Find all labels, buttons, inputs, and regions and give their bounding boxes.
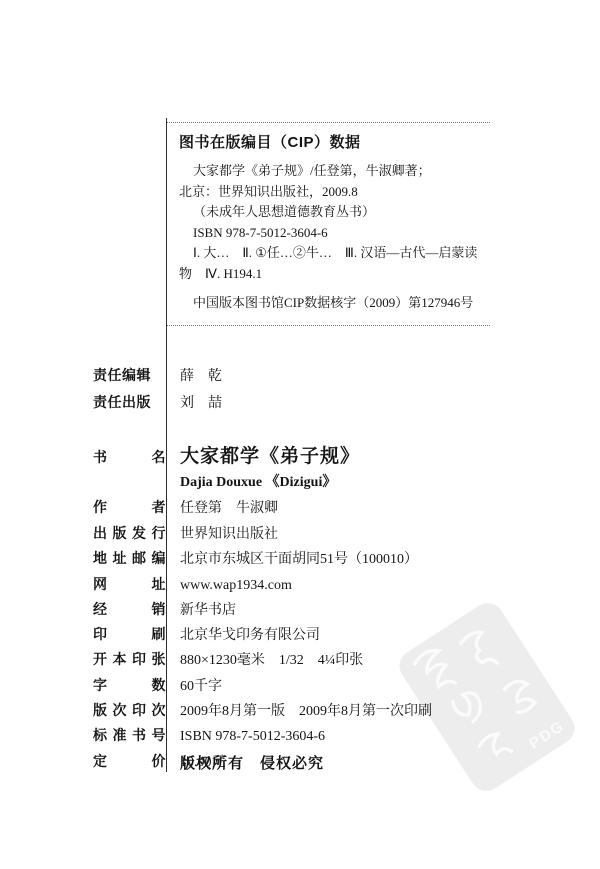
info-row-value: 北京市东城区干面胡同51号（100010） — [180, 547, 418, 572]
info-row-value: 2009年8月第一版 2009年8月第一次印刷 — [180, 699, 432, 724]
info-row-label: 字数 — [93, 673, 166, 698]
copyright-notice: 版权所有 侵权必究 — [180, 752, 324, 773]
staff-row: 责任编辑 薛 乾 — [93, 362, 222, 389]
info-row: 出版发行 世界知识出版社 — [93, 521, 432, 546]
info-row-label: 印刷 — [93, 622, 166, 647]
info-row: 地址邮编 北京市东城区干面胡同51号（100010） — [93, 546, 432, 571]
info-row-value: 新华书店 — [180, 598, 236, 623]
info-row-value: ISBN 978-7-5012-3604-6 — [180, 724, 325, 749]
info-row: 版次印次 2009年8月第一版 2009年8月第一次印刷 — [93, 698, 432, 723]
author-label: 作者 — [93, 495, 166, 519]
cip-lines: 大家都学《弟子规》/任登第，牛淑卿著； 北京：世界知识出版社，2009.8 （未… — [179, 161, 486, 314]
info-row: 标准书号 ISBN 978-7-5012-3604-6 — [93, 723, 432, 748]
book-title-row: 书名 大家都学《弟子规》 — [93, 444, 360, 470]
publication-info-section: 出版发行 世界知识出版社 地址邮编 北京市东城区干面胡同51号（100010） … — [93, 521, 432, 774]
info-row-label: 开本印张 — [93, 647, 166, 672]
author-row: 作者 任登第 牛淑卿 — [93, 495, 360, 519]
book-title-label: 书名 — [93, 444, 166, 470]
cip-line: 中国版本图书馆CIP数据核字（2009）第127946号 — [179, 293, 486, 314]
info-row-label: 地址邮编 — [93, 546, 166, 571]
author-value: 任登第 牛淑卿 — [180, 497, 278, 521]
info-row-value: www.wap1934.com — [180, 573, 292, 598]
info-row: 字数 60千字 — [93, 673, 432, 698]
title-block: 书名 大家都学《弟子规》 Dajia Douxue 《Dizigui》 作者 任… — [93, 444, 360, 519]
info-row: 印刷 北京华戈印务有限公司 — [93, 622, 432, 647]
cip-line: 北京：世界知识出版社，2009.8 — [179, 182, 486, 203]
info-row-label: 标准书号 — [93, 723, 166, 748]
info-row: 经销 新华书店 — [93, 597, 432, 622]
cip-line: Ⅰ. 大… Ⅱ. ①任…②牛… Ⅲ. 汉语—古代—启蒙读 — [179, 243, 486, 264]
book-title-pinyin: Dajia Douxue 《Dizigui》 — [180, 472, 360, 493]
info-row: 开本印张 880×1230毫米 1/32 4¼印张 — [93, 647, 432, 672]
cip-line: 物 Ⅳ. H194.1 — [179, 264, 486, 285]
info-row-label: 网址 — [93, 572, 166, 597]
staff-row: 责任出版 刘 喆 — [93, 389, 222, 416]
info-row-label: 经销 — [93, 597, 166, 622]
book-title: 大家都学《弟子规》 — [180, 444, 360, 470]
info-row-value: 880×1230毫米 1/32 4¼印张 — [180, 648, 363, 673]
cip-line: ISBN 978-7-5012-3604-6 — [179, 223, 486, 244]
info-row: 网址 www.wap1934.com — [93, 572, 432, 597]
staff-section: 责任编辑 薛 乾 责任出版 刘 喆 — [93, 362, 222, 416]
staff-row-label: 责任编辑 — [93, 362, 166, 389]
cip-line: 大家都学《弟子规》/任登第，牛淑卿著； — [179, 161, 486, 182]
info-row-label: 版次印次 — [93, 698, 166, 723]
cip-line: （未成年人思想道德教育丛书） — [179, 202, 486, 223]
info-row-value: 北京华戈印务有限公司 — [180, 623, 320, 648]
staff-row-value: 薛 乾 — [180, 363, 222, 390]
staff-row-value: 刘 喆 — [180, 390, 222, 417]
info-row-label: 出版发行 — [93, 521, 166, 546]
info-row-value: 世界知识出版社 — [180, 522, 278, 547]
staff-row-label: 责任出版 — [93, 389, 166, 416]
info-row-value: 60千字 — [180, 674, 222, 699]
cip-data-box: 图书在版编目（CIP）数据 大家都学《弟子规》/任登第，牛淑卿著； 北京：世界知… — [167, 122, 490, 326]
info-row-label: 定价 — [93, 749, 166, 774]
book-colophon-page: PDG 图书在版编目（CIP）数据 大家都学《弟子规》/任登第，牛淑卿著； 北京… — [0, 0, 600, 869]
cip-title: 图书在版编目（CIP）数据 — [179, 131, 486, 152]
